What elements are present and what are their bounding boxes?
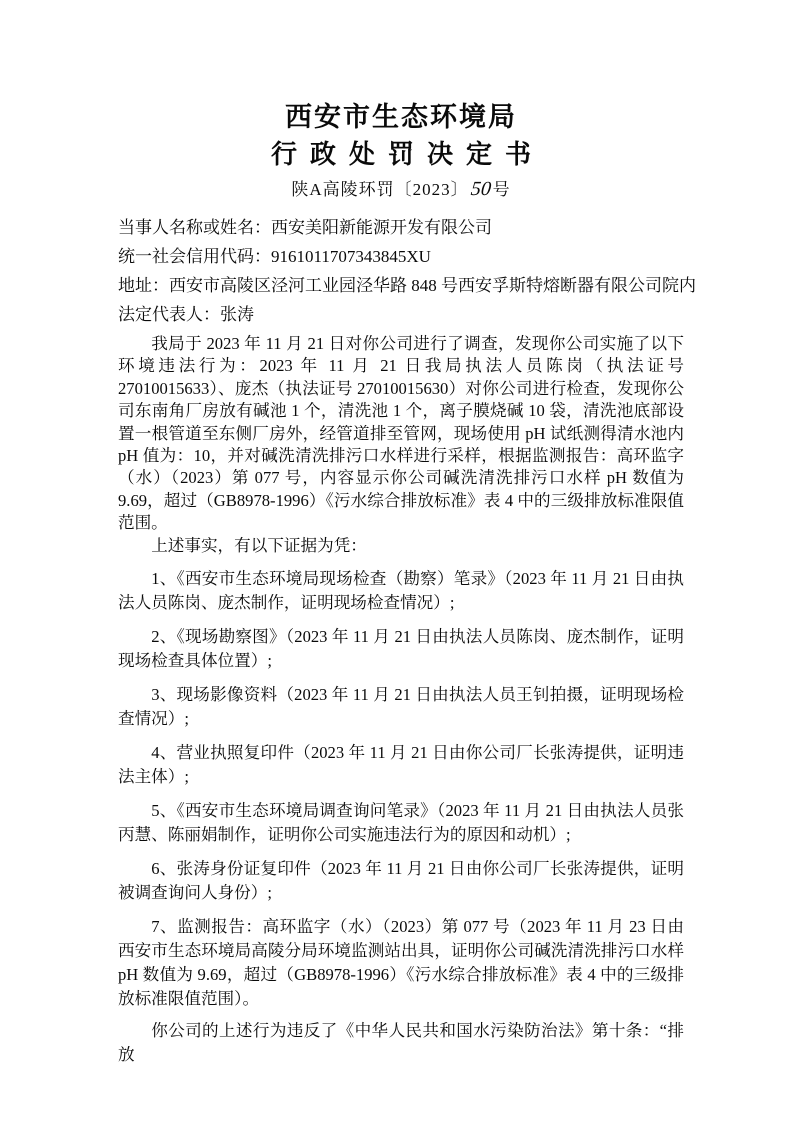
legal-representative-value: 张涛 <box>220 305 254 324</box>
evidence-item-2: 2、《现场勘察图》（2023 年 11 月 21 日由执法人员陈岗、庞杰制作，证… <box>118 625 684 673</box>
doc-number-prefix: 陕A高陵环罚〔2023〕 <box>291 180 468 199</box>
party-information-block: 当事人名称或姓名：西安美阳新能源开发有限公司 统一社会信用代码：91610117… <box>118 213 684 329</box>
evidence-item-5: 5、《西安市生态环境局调查询问笔录》（2023 年 11 月 21 日由执法人员… <box>118 799 684 847</box>
legal-representative-line: 法定代表人：张涛 <box>118 300 684 329</box>
address-value: 西安市高陵区泾河工业园泾华路 848 号西安孚斯特熔断器有限公司院内 <box>169 276 696 295</box>
document-type-title: 行政处罚决定书 <box>118 140 684 170</box>
legal-representative-label: 法定代表人： <box>118 305 220 324</box>
penalty-decision-document-page: 西安市生态环境局 行政处罚决定书 陕A高陵环罚〔2023〕50号 当事人名称或姓… <box>0 0 800 1140</box>
doc-number-suffix: 号 <box>493 180 511 199</box>
evidence-item-1: 1、《西安市生态环境局现场检查（勘察）笔录》（2023 年 11 月 21 日由… <box>118 567 684 615</box>
doc-number-handwritten: 50 <box>467 177 494 201</box>
evidence-item-4: 4、营业执照复印件（2023 年 11 月 21 日由你公司厂长张涛提供，证明违… <box>118 741 684 789</box>
credit-code-line: 统一社会信用代码：9161011707343845XU <box>118 242 684 271</box>
party-name-value: 西安美阳新能源开发有限公司 <box>271 218 492 237</box>
evidence-item-3: 3、现场影像资料（2023 年 11 月 21 日由执法人员王钊拍摄，证明现场检… <box>118 683 684 731</box>
party-name-line: 当事人名称或姓名：西安美阳新能源开发有限公司 <box>118 213 684 242</box>
evidence-intro-paragraph: 上述事实，有以下证据为凭： <box>118 535 684 557</box>
address-label: 地址： <box>118 276 169 295</box>
evidence-item-7: 7、监测报告：高环监字（水）（2023）第 077 号（2023 年 11 月 … <box>118 915 684 1011</box>
investigation-findings-paragraph: 我局于 2023 年 11 月 21 日对你公司进行了调查，发现你公司实施了以下… <box>118 333 684 535</box>
party-name-label: 当事人名称或姓名： <box>118 218 271 237</box>
credit-code-value: 9161011707343845XU <box>271 247 431 266</box>
document-reference-number: 陕A高陵环罚〔2023〕50号 <box>118 177 684 202</box>
evidence-item-6: 6、张涛身份证复印件（2023 年 11 月 21 日由你公司厂长张涛提供，证明… <box>118 857 684 905</box>
address-line: 地址：西安市高陵区泾河工业园泾华路 848 号西安孚斯特熔断器有限公司院内 <box>118 271 684 300</box>
credit-code-label: 统一社会信用代码： <box>118 247 271 266</box>
legal-basis-paragraph: 你公司的上述行为违反了《中华人民共和国水污染防治法》第十条：“排放 <box>118 1019 684 1067</box>
issuing-authority-title: 西安市生态环境局 <box>118 102 684 132</box>
document-body: 我局于 2023 年 11 月 21 日对你公司进行了调查，发现你公司实施了以下… <box>118 333 684 1067</box>
